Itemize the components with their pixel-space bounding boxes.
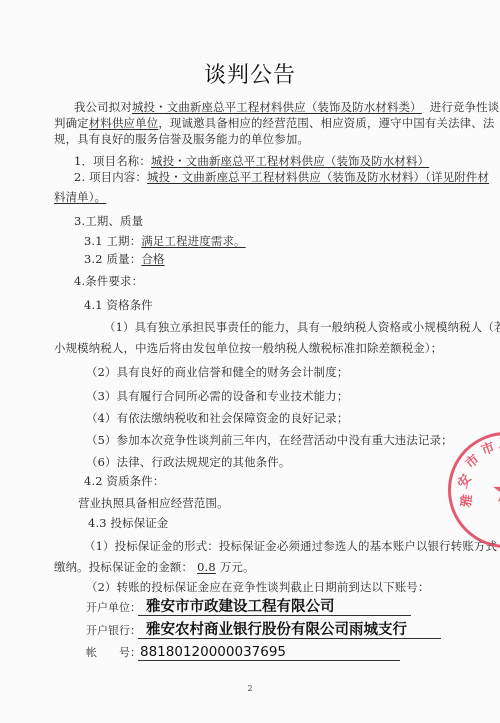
item-value: 城投・文曲新座总平工程材料供应（装饰及防水材料）（详见附件材 — [147, 170, 489, 184]
deposit-2: （2）转账的投标保证金应在竞争性谈判截止日期前到达以下账号： — [86, 580, 430, 594]
section-3-heading: 3.工期、质量 — [74, 214, 143, 228]
intro-line-2: 判确定材料供应单位，现诚邀具备相应的经营范围、相应资质，遵守中国有关法律、法 — [54, 116, 494, 130]
account-label: 帐 号： — [86, 645, 138, 661]
intro-text: ，现诚邀具备相应的经营范围、相应资质，遵守中国有关法律、法 — [158, 116, 494, 130]
section-3-2: 3.2 质量：合格 — [84, 252, 165, 266]
bank-unit-row: 开户单位：雅安市市政建设工程有限公司 — [86, 599, 411, 616]
document-title: 谈判公告 — [0, 58, 500, 89]
item-project-content: 2. 项目内容：城投・文曲新座总平工程材料供应（装饰及防水材料）（详见附件材 — [74, 170, 489, 184]
item-value: 城投・文曲新座总平工程材料供应（装饰及防水材料） — [151, 154, 429, 168]
bank-name-row: 开户银行：雅安农村商业银行股份有限公司雨城支行 — [86, 622, 441, 639]
deposit-text: 万元。 — [220, 560, 255, 574]
section-4-heading: 4.条件要求： — [74, 274, 143, 288]
bank-unit-label: 开户单位： — [86, 600, 138, 616]
intro-line-3: 规，具有良好的服务信誉及服务能力的单位参加。 — [54, 132, 309, 146]
intro-line-1: 我公司拟对城投・文曲新座总平工程材料供应（装饰及防水材料类）进行竞争性谈 — [74, 100, 499, 114]
deposit-1-line-1: （1）投标保证金的形式：投标保证金必须通过参选人的基本账户以银行转账方式 — [84, 539, 497, 553]
item-label: 2. 项目内容： — [74, 170, 147, 184]
intro-text: 我公司拟对 — [74, 100, 132, 114]
quality-label: 3.2 质量： — [84, 252, 141, 266]
section-4-2-heading: 4.2 资质条件： — [84, 474, 165, 488]
account-number: 88180120000037695 — [138, 644, 400, 661]
intro-text: 进行竞争性谈 — [430, 100, 500, 114]
section-4-1-heading: 4.1 资格条件 — [84, 298, 153, 312]
deposit-1-line-2: 缴纳。投标保证金的金额：0.8万元。 — [54, 560, 255, 574]
section-3-1: 3.1 工期：满足工程进度需求。 — [84, 234, 246, 248]
bank-name-label: 开户银行： — [86, 623, 138, 639]
condition-1-line-1: （1）具有独立承担民事责任的能力，具有一般纳税人资格或小规模纳税人（若 — [104, 320, 500, 334]
item-value: 料清单）。 — [54, 190, 106, 204]
duration-value: 满足工程进度需求。 — [141, 234, 245, 248]
bank-unit-value: 雅安市市政建设工程有限公司 — [138, 599, 411, 616]
item-label: 1．项目名称： — [74, 154, 151, 168]
deposit-amount: 0.8 — [193, 560, 220, 574]
section-4-2-text: 营业执照具备相应经营范围。 — [78, 496, 229, 510]
condition-3: （3）具有履行合同所必需的设备和专业技术能力； — [86, 389, 348, 403]
condition-6: （6）法律、行政法规规定的其他条件。 — [86, 455, 291, 469]
intro-text: 判确定 — [54, 116, 89, 130]
supply-unit-underlined: 材料供应单位 — [89, 116, 159, 130]
section-4-3-heading: 4.3 投标保证金 — [88, 516, 169, 530]
item-project-name: 1．项目名称：城投・文曲新座总平工程材料供应（装饰及防水材料） — [74, 154, 429, 168]
condition-1-line-2: 小规模纳税人，中选后将由发包单位按一般纳税人缴税标准扣除差额税金）； — [54, 341, 442, 355]
condition-2: （2）具有良好的商业信誉和健全的财务会计制度； — [86, 365, 348, 379]
deposit-text: 缴纳。投标保证金的金额： — [54, 560, 193, 574]
star-icon: ★ — [491, 471, 500, 511]
duration-label: 3.1 工期： — [84, 234, 141, 248]
condition-5: （5）参加本次竞争性谈判前三年内，在经营活动中没有重大违法记录； — [86, 433, 453, 447]
condition-4: （4）有依法缴纳税收和社会保障资金的良好记录； — [86, 411, 348, 425]
quality-value: 合格 — [141, 252, 164, 266]
account-row: 帐 号：88180120000037695 — [86, 644, 400, 661]
page-number: 2 — [0, 684, 500, 693]
item-project-content-cont: 料清单）。 — [54, 190, 106, 204]
company-seal-stamp: 雅 安 市 市 政 ★ — [448, 432, 500, 548]
project-name-underlined: 城投・文曲新座总平工程材料供应（装饰及防水材料类） — [132, 100, 422, 114]
document-page: 谈判公告 我公司拟对城投・文曲新座总平工程材料供应（装饰及防水材料类）进行竞争性… — [0, 0, 500, 723]
bank-name-value: 雅安农村商业银行股份有限公司雨城支行 — [138, 622, 441, 639]
